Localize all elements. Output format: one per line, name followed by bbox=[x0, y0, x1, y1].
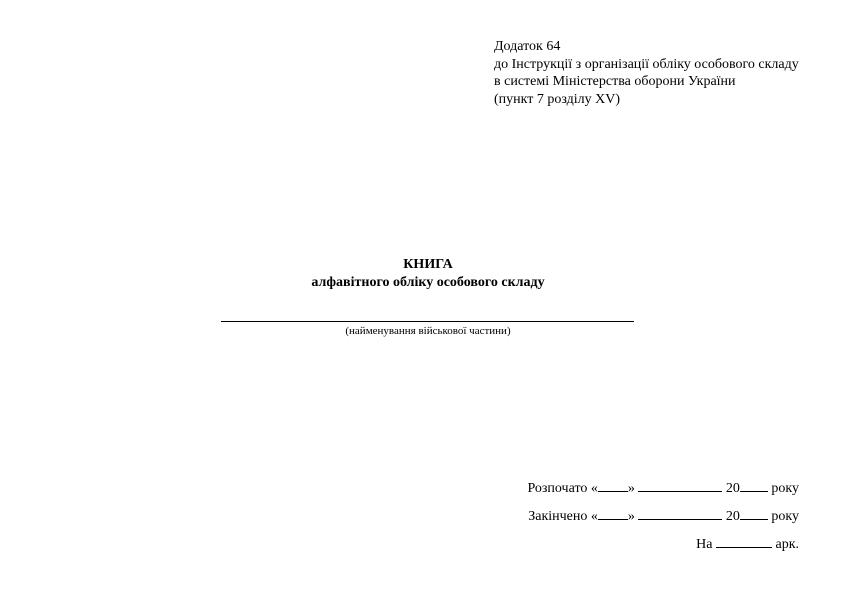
finished-suffix: року bbox=[771, 509, 799, 524]
finished-century: 20 bbox=[726, 509, 740, 524]
document-page: Додаток 64 до Інструкції з організації о… bbox=[0, 0, 842, 595]
started-day-field[interactable] bbox=[598, 478, 628, 492]
started-row: Розпочато «» 20 року bbox=[527, 478, 799, 495]
started-century: 20 bbox=[726, 481, 740, 496]
sheets-row: На арк. bbox=[527, 534, 799, 551]
started-month-field[interactable] bbox=[638, 478, 722, 492]
title-subtitle: алфавітного обліку особового складу bbox=[0, 274, 842, 292]
sheets-prefix: На bbox=[696, 537, 712, 552]
started-suffix: року bbox=[771, 481, 799, 496]
unit-name-caption: (найменування військової частини) bbox=[0, 324, 842, 338]
open-quote: « bbox=[591, 509, 598, 524]
open-quote: « bbox=[591, 481, 598, 496]
started-year-field[interactable] bbox=[740, 478, 768, 492]
annex-number: Додаток 64 bbox=[494, 38, 799, 56]
sheets-suffix: арк. bbox=[775, 537, 799, 552]
started-label: Розпочато bbox=[527, 481, 587, 496]
annex-clause: (пункт 7 розділу XV) bbox=[494, 91, 799, 109]
dates-block: Розпочато «» 20 року Закінчено «» 20 рок… bbox=[527, 478, 799, 562]
finished-day-field[interactable] bbox=[598, 506, 628, 520]
annex-instruction: до Інструкції з організації обліку особо… bbox=[494, 56, 799, 74]
finished-year-field[interactable] bbox=[740, 506, 768, 520]
annex-ministry: в системі Міністерства оборони України bbox=[494, 73, 799, 91]
finished-row: Закінчено «» 20 року bbox=[527, 506, 799, 523]
annex-header: Додаток 64 до Інструкції з організації о… bbox=[494, 38, 799, 108]
unit-name-field[interactable] bbox=[221, 321, 634, 322]
close-quote: » bbox=[628, 481, 635, 496]
finished-label: Закінчено bbox=[528, 509, 587, 524]
finished-month-field[interactable] bbox=[638, 506, 722, 520]
close-quote: » bbox=[628, 509, 635, 524]
sheets-count-field[interactable] bbox=[716, 534, 772, 548]
title-main: КНИГА bbox=[0, 256, 842, 274]
book-title: КНИГА алфавітного обліку особового склад… bbox=[0, 256, 842, 292]
